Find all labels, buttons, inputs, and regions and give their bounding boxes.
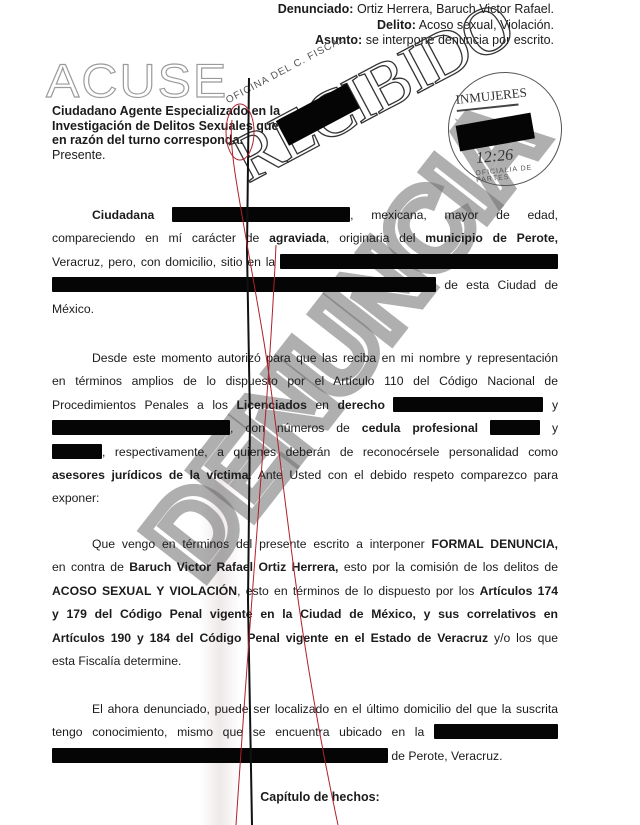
redaction-bar [52, 277, 436, 292]
paragraph-formal-complaint: Que vengo en términos del presente escri… [52, 533, 558, 673]
redaction-bar [172, 207, 350, 222]
redaction-bar [280, 254, 558, 269]
acuse-stamp: ACUSE [46, 53, 228, 108]
redaction-bar [52, 420, 230, 435]
section-title: Capítulo de hechos: [0, 790, 640, 804]
redaction-bar [393, 397, 543, 412]
redaction-bar [52, 748, 388, 763]
redaction-bar [52, 444, 102, 459]
paragraph-complainant: Ciudadana , mexicana, mayor de edad, com… [52, 204, 558, 321]
redaction-bar [490, 420, 540, 435]
redaction-bar [456, 113, 535, 152]
redaction-bar [434, 724, 558, 739]
paragraph-authorization: Desde este momento autorizó para que las… [52, 347, 558, 511]
denunciado-line: Denunciado: Ortiz Herrera, Baruch Victor… [278, 2, 554, 18]
paragraph-location: El ahora denunciado, puede ser localizad… [52, 698, 558, 768]
stamp-signature: 12:26 [475, 146, 514, 168]
scanned-document-page: DENUNCIA Denunciado: Ortiz Herrera, Baru… [0, 0, 640, 825]
